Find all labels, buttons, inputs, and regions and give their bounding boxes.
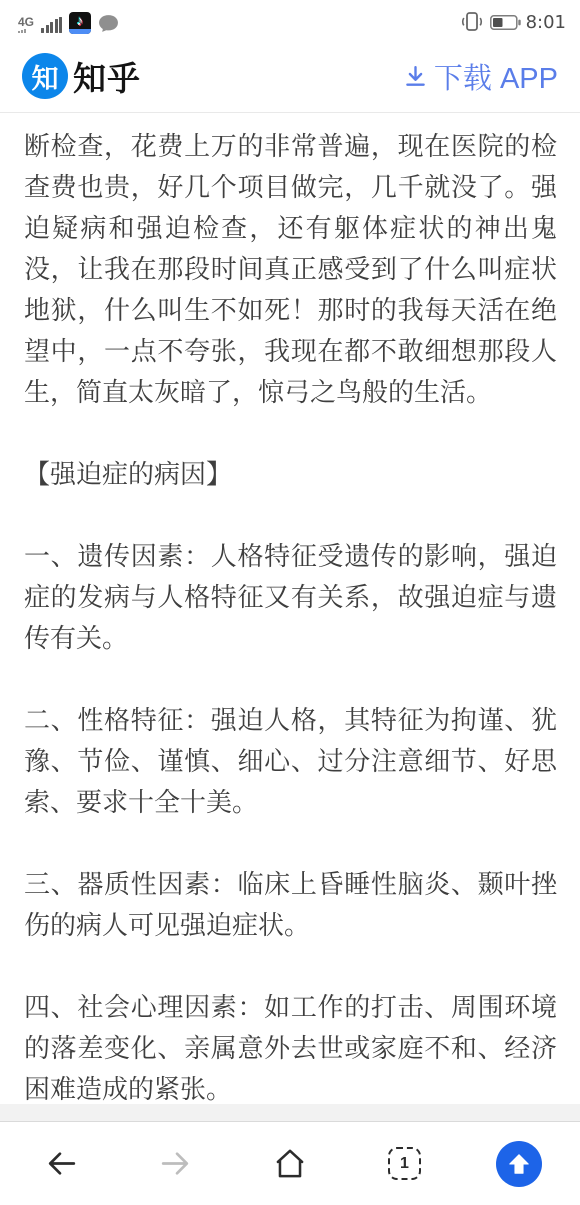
download-app-label: 下载 APP — [434, 56, 558, 97]
back-arrow-icon — [43, 1145, 80, 1182]
download-app-button[interactable]: 下载 APP — [403, 56, 558, 97]
status-left-cluster: 4G ♪ — [18, 12, 119, 33]
network-type-label: 4G — [18, 16, 34, 28]
signal-bars-sim2-icon — [18, 29, 26, 33]
article-content: 断检查，花费上万的非常普遍，现在医院的检查费也贵，好几个项目做完，几千就没了。强… — [0, 113, 580, 1105]
article-paragraph: 断检查，花费上万的非常普遍，现在医院的检查费也贵，好几个项目做完，几千就没了。强… — [24, 126, 557, 413]
zhihu-brand-name: 知乎 — [73, 53, 141, 100]
page-bottom-edge — [0, 1104, 580, 1122]
article-paragraph: 一、遗传因素：人格特征受遗传的影响，强迫症的发病与人格特征又有关系，故强迫症与遗… — [24, 536, 557, 659]
tab-count-label: 1 — [400, 1155, 409, 1173]
message-bubble-icon — [98, 14, 119, 33]
download-icon — [403, 64, 428, 89]
forward-button[interactable] — [153, 1141, 199, 1187]
article-paragraph: 三、器质性因素：临床上昏睡性脑炎、颞叶挫伤的病人可见强迫症状。 — [24, 864, 557, 946]
tabs-count-icon: 1 — [388, 1147, 421, 1180]
back-button[interactable] — [38, 1141, 84, 1187]
clock-time: 8:01 — [526, 12, 566, 33]
article-section-heading: 【强迫症的病因】 — [24, 454, 557, 495]
vibrate-mode-icon — [459, 10, 485, 34]
signal-bars-icon — [41, 17, 62, 33]
status-right-cluster: 8:01 — [459, 10, 566, 34]
tiktok-notification-icon: ♪ — [69, 12, 91, 34]
zhihu-logo-glyph: 知 — [32, 57, 59, 96]
home-button[interactable] — [267, 1141, 313, 1187]
network-indicator: 4G — [18, 16, 34, 33]
battery-icon — [490, 15, 521, 30]
forward-arrow-icon — [157, 1145, 194, 1182]
tabs-button[interactable]: 1 — [382, 1141, 428, 1187]
music-note-glyph: ♪ — [77, 14, 84, 27]
zhihu-header: 知 知乎 下载 APP — [0, 40, 580, 113]
article-paragraph: 四、社会心理因素：如工作的打击、周围环境的落差变化、亲属意外去世或家庭不和、经济… — [24, 987, 557, 1105]
up-arrow-icon — [506, 1151, 532, 1177]
article-paragraph: 二、性格特征：强迫人格，其特征为拘谨、犹豫、节俭、谨慎、细心、过分注意细节、好思… — [24, 700, 557, 823]
browser-nav-bar: 1 — [0, 1122, 580, 1205]
home-icon — [271, 1145, 309, 1183]
zhihu-logo-icon: 知 — [22, 53, 68, 99]
zhihu-logo[interactable]: 知 知乎 — [22, 53, 141, 100]
status-bar: 4G ♪ 8:01 — [0, 0, 580, 40]
scroll-to-top-circle — [496, 1141, 542, 1187]
scroll-to-top-button[interactable] — [496, 1141, 542, 1187]
tiktok-banner — [69, 29, 91, 34]
